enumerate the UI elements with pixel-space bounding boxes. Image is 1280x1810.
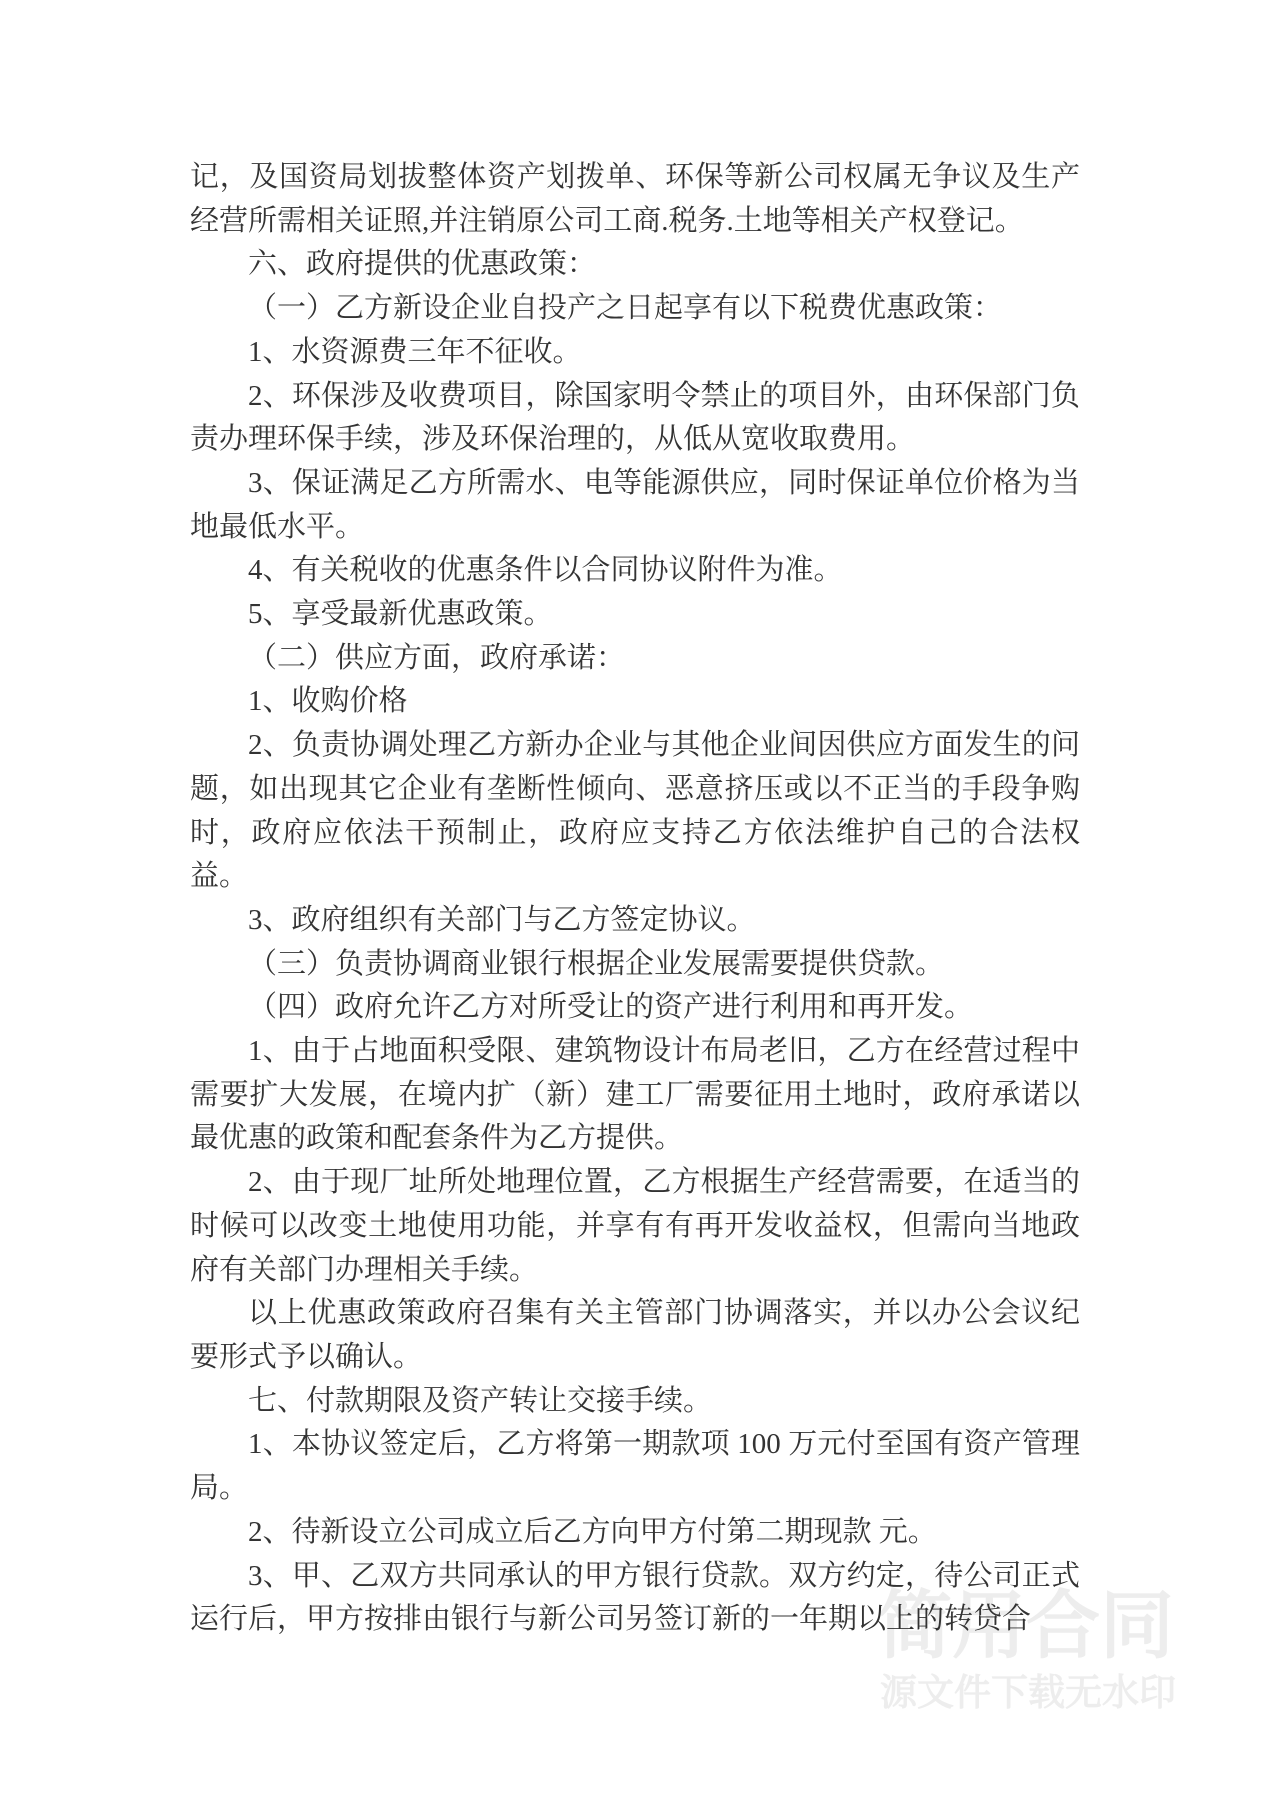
contract-list-item: 2、环保涉及收费项目，除国家明令禁止的项目外，由环保部门负责办理环保手续，涉及环… [190, 375, 1080, 462]
contract-list-item: 2、由于现厂址所处地理位置，乙方根据生产经营需要，在适当的时候可以改变土地使用功… [190, 1161, 1080, 1292]
contract-paragraph: 以上优惠政策政府召集有关主管部门协调落实，并以办公会议纪要形式予以确认。 [190, 1292, 1080, 1379]
contract-list-item: 2、负责协调处理乙方新办企业与其他企业间因供应方面发生的问题，如出现其它企业有垄… [190, 724, 1080, 899]
contract-paragraph: 记，及国资局划拔整体资产划拨单、环保等新公司权属无争议及生产经营所需相关证照,并… [190, 156, 1080, 243]
contract-section-heading: 六、政府提供的优惠政策： [190, 243, 1080, 287]
contract-subsection-heading: （四）政府允许乙方对所受让的资产进行利用和再开发。 [190, 986, 1080, 1030]
contract-subsection-heading: （一）乙方新设企业自投产之日起享有以下税费优惠政策： [190, 287, 1080, 331]
contract-list-item: 1、本协议签定后，乙方将第一期款项 100 万元付至国有资产管理局。 [190, 1423, 1080, 1510]
contract-list-item: 3、保证满足乙方所需水、电等能源供应，同时保证单位价格为当地最低水平。 [190, 462, 1080, 549]
contract-list-item: 4、有关税收的优惠条件以合同协议附件为准。 [190, 549, 1080, 593]
contract-section-heading: 七、付款期限及资产转让交接手续。 [190, 1380, 1080, 1424]
contract-list-item: 1、水资源费三年不征收。 [190, 331, 1080, 375]
watermark-tagline-text: 源文件下载无水印 [880, 1674, 1176, 1711]
contract-list-item: 1、由于占地面积受限、建筑物设计布局老旧，乙方在经营过程中需要扩大发展，在境内扩… [190, 1030, 1080, 1161]
contract-list-item: 1、收购价格 [190, 680, 1080, 724]
contract-list-item: 5、享受最新优惠政策。 [190, 593, 1080, 637]
contract-list-item: 3、甲、乙双方共同承认的甲方银行贷款。双方约定，待公司正式运行后，甲方按排由银行… [190, 1555, 1080, 1642]
contract-body: 记，及国资局划拔整体资产划拨单、环保等新公司权属无争议及生产经营所需相关证照,并… [190, 156, 1080, 1642]
contract-list-item: 3、政府组织有关部门与乙方签定协议。 [190, 899, 1080, 943]
contract-list-item: 2、待新设立公司成立后乙方向甲方付第二期现款 元。 [190, 1511, 1080, 1555]
document-page: 简用合同 源文件下载无水印 记，及国资局划拔整体资产划拨单、环保等新公司权属无争… [0, 0, 1280, 1810]
contract-subsection-heading: （三）负责协调商业银行根据企业发展需要提供贷款。 [190, 943, 1080, 987]
contract-subsection-heading: （二）供应方面，政府承诺： [190, 637, 1080, 681]
